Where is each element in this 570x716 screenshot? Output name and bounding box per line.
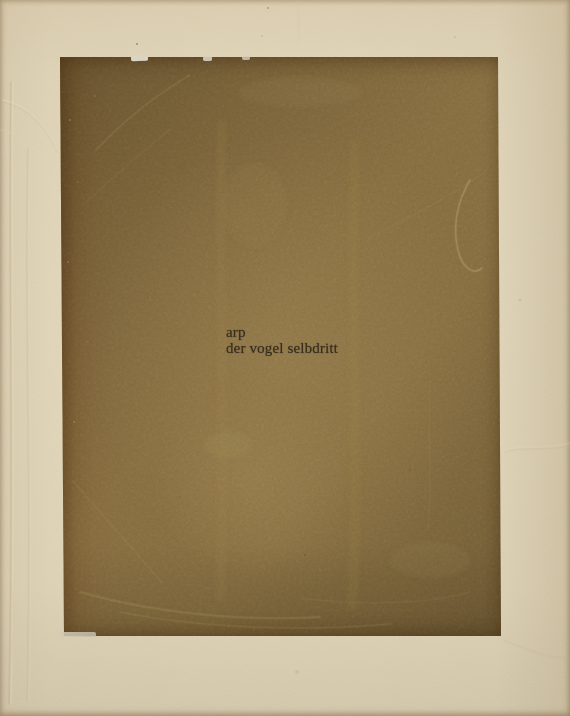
edge-chip	[242, 56, 250, 60]
book-cover-photo: arp der vogel selbdritt	[0, 0, 570, 716]
edge-chip	[203, 56, 212, 61]
edge-scuff	[60, 632, 96, 637]
title-line-2: der vogel selbdritt	[226, 341, 338, 357]
title-text: arp der vogel selbdritt	[226, 325, 338, 357]
edge-chip	[131, 55, 148, 62]
title-line-1: arp	[226, 325, 338, 341]
